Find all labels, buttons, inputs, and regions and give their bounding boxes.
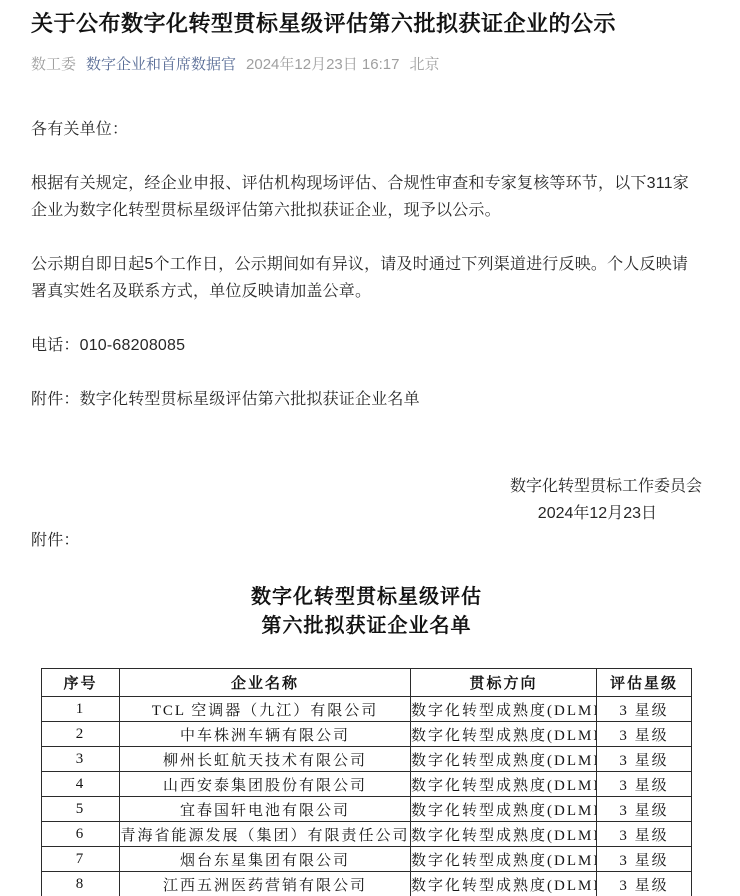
attachment-label: 附件：	[31, 527, 702, 554]
company-name: 中车株洲车辆有限公司	[120, 722, 411, 747]
table-header-row: 序号企业名称贯标方向评估星级	[42, 669, 692, 697]
column-header-row-index: 序号	[42, 669, 120, 697]
star-rating: 3 星级	[597, 822, 692, 847]
row-index: 5	[42, 797, 120, 822]
company-name: 烟台东星集团有限公司	[120, 847, 411, 872]
standard-direction: 数字化转型成熟度(DLMM)	[411, 747, 597, 772]
annex-table-body: 1TCL 空调器（九江）有限公司数字化转型成熟度(DLMM)3 星级2中车株洲车…	[42, 697, 692, 896]
star-rating: 3 星级	[597, 872, 692, 896]
row-index: 2	[42, 722, 120, 747]
annex-caption: 数字化转型贯标星级评估 第六批拟获证企业名单	[31, 583, 702, 641]
star-rating: 3 星级	[597, 797, 692, 822]
star-rating: 3 星级	[597, 772, 692, 797]
row-index: 6	[42, 822, 120, 847]
standard-direction: 数字化转型成熟度(DLMM)	[411, 797, 597, 822]
company-name: 山西安泰集团股份有限公司	[120, 772, 411, 797]
table-row: 3柳州长虹航天技术有限公司数字化转型成熟度(DLMM)3 星级	[42, 747, 692, 772]
annex-caption-line2: 第六批拟获证企业名单	[31, 612, 702, 641]
standard-direction: 数字化转型成熟度(DLMM)	[411, 772, 597, 797]
row-index: 7	[42, 847, 120, 872]
company-name: TCL 空调器（九江）有限公司	[120, 697, 411, 722]
byline-datetime: 2024年12月23日 16:17	[246, 53, 399, 74]
table-row: 6青海省能源发展（集团）有限责任公司数字化转型成熟度(DLMM)3 星级	[42, 822, 692, 847]
star-rating: 3 星级	[597, 697, 692, 722]
article-body: 各有关单位： 根据有关规定，经企业申报、评估机构现场评估、合规性审查和专家复核等…	[31, 116, 702, 896]
standard-direction: 数字化转型成熟度(DLMM)	[411, 822, 597, 847]
standard-direction: 数字化转型成熟度(DLMM)	[411, 872, 597, 896]
company-name: 柳州长虹航天技术有限公司	[120, 747, 411, 772]
byline-location: 北京	[409, 53, 439, 74]
paragraph-body-1: 根据有关规定，经企业申报、评估机构现场评估、合规性审查和专家复核等环节，以下31…	[31, 170, 702, 224]
byline-account-link[interactable]: 数字企业和首席数据官	[86, 53, 236, 74]
page-title: 关于公布数字化转型贯标星级评估第六批拟获证企业的公示	[31, 8, 702, 40]
star-rating: 3 星级	[597, 847, 692, 872]
byline-author: 数工委	[31, 53, 76, 74]
table-row: 1TCL 空调器（九江）有限公司数字化转型成熟度(DLMM)3 星级	[42, 697, 692, 722]
table-row: 7烟台东星集团有限公司数字化转型成熟度(DLMM)3 星级	[42, 847, 692, 872]
row-index: 1	[42, 697, 120, 722]
byline: 数工委 数字企业和首席数据官 2024年12月23日 16:17 北京	[31, 53, 702, 74]
column-header-star-rating: 评估星级	[597, 669, 692, 697]
table-row: 8江西五洲医药营销有限公司数字化转型成熟度(DLMM)3 星级	[42, 872, 692, 896]
phone-line: 电话：010-68208085	[31, 332, 702, 359]
paragraph-salutation: 各有关单位：	[31, 116, 702, 143]
row-index: 8	[42, 872, 120, 896]
table-row: 2中车株洲车辆有限公司数字化转型成熟度(DLMM)3 星级	[42, 722, 692, 747]
table-row: 4山西安泰集团股份有限公司数字化转型成熟度(DLMM)3 星级	[42, 772, 692, 797]
star-rating: 3 星级	[597, 747, 692, 772]
row-index: 4	[42, 772, 120, 797]
table-row: 5宜春国轩电池有限公司数字化转型成熟度(DLMM)3 星级	[42, 797, 692, 822]
signature-org: 数字化转型贯标工作委员会	[31, 473, 702, 500]
standard-direction: 数字化转型成熟度(DLMM)	[411, 847, 597, 872]
column-header-standard-direction: 贯标方向	[411, 669, 597, 697]
annex-table: 序号企业名称贯标方向评估星级 1TCL 空调器（九江）有限公司数字化转型成熟度(…	[41, 668, 692, 896]
column-header-company-name: 企业名称	[120, 669, 411, 697]
attachment-reference: 附件：数字化转型贯标星级评估第六批拟获证企业名单	[31, 386, 702, 413]
company-name: 青海省能源发展（集团）有限责任公司	[120, 822, 411, 847]
standard-direction: 数字化转型成熟度(DLMM)	[411, 697, 597, 722]
company-name: 江西五洲医药营销有限公司	[120, 872, 411, 896]
signature-date: 2024年12月23日	[31, 500, 702, 527]
standard-direction: 数字化转型成熟度(DLMM)	[411, 722, 597, 747]
article-page: 关于公布数字化转型贯标星级评估第六批拟获证企业的公示 数工委 数字企业和首席数据…	[0, 0, 740, 896]
annex-caption-line1: 数字化转型贯标星级评估	[31, 583, 702, 612]
star-rating: 3 星级	[597, 722, 692, 747]
company-name: 宜春国轩电池有限公司	[120, 797, 411, 822]
signature-block: 数字化转型贯标工作委员会 2024年12月23日	[31, 473, 702, 527]
row-index: 3	[42, 747, 120, 772]
paragraph-body-2: 公示期自即日起5个工作日，公示期间如有异议，请及时通过下列渠道进行反映。个人反映…	[31, 251, 702, 305]
